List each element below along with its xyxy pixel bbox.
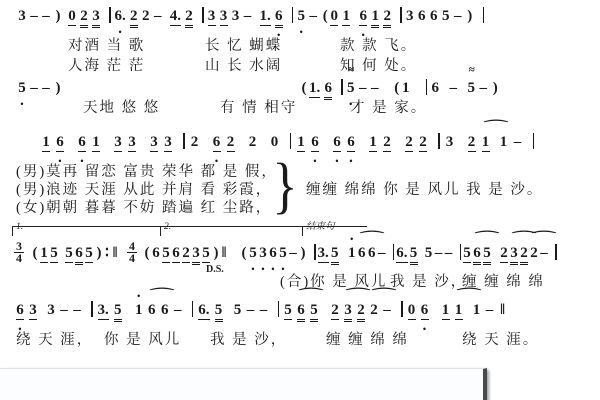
- note: 6•: [421, 301, 429, 320]
- barline: [292, 7, 294, 23]
- note: 2: [357, 301, 365, 322]
- note: 3: [150, 133, 158, 152]
- lyric-segment: 你 是 风儿: [104, 328, 181, 349]
- note: 6⌒: [148, 301, 156, 319]
- lyric-segment: 我 是 沙，: [210, 328, 287, 349]
- note: 1: [473, 301, 481, 319]
- note: 2: [185, 7, 193, 28]
- note: 6.•: [115, 7, 126, 25]
- note: 3.: [318, 244, 329, 263]
- note: –: [514, 133, 522, 151]
- note: 2⌒: [370, 301, 378, 319]
- note: 2: [520, 244, 528, 265]
- note: 3: [114, 133, 122, 152]
- note: 2: [468, 133, 476, 152]
- note: 5: [310, 301, 318, 322]
- note: 1: [342, 7, 350, 26]
- note: –: [154, 7, 162, 25]
- note: –: [359, 79, 367, 97]
- slur-arc: ⌒: [372, 290, 396, 299]
- note: 1.: [260, 7, 271, 26]
- lyric-segment: (合)你 是 风儿: [280, 270, 387, 291]
- high-octave-dot: •: [137, 293, 140, 299]
- note: 6•: [359, 7, 367, 26]
- time-signature: 44: [127, 241, 137, 264]
- note: –: [435, 244, 443, 262]
- lyric-segment: 山 长 水阔: [205, 54, 282, 75]
- barline: [183, 133, 185, 149]
- slur-arc: ⌒: [299, 290, 323, 299]
- note: (: [321, 7, 329, 25]
- note: 3: [208, 7, 216, 26]
- lyric-segment: 缠 缠 绵 绵: [462, 270, 545, 291]
- note: 6•: [16, 301, 24, 320]
- barline: [341, 79, 343, 95]
- note: 4.: [170, 7, 181, 26]
- note: 6⌒: [473, 244, 481, 265]
- slur-arc: ⌒: [420, 0, 444, 5]
- volta-label: 1.: [16, 223, 23, 232]
- barline: [460, 244, 462, 260]
- notation-line: 5•––): [18, 79, 66, 97]
- note: 2: [405, 133, 413, 152]
- note: 1: [297, 133, 305, 152]
- time-signature: 34: [14, 241, 24, 264]
- note: 3: [406, 7, 414, 25]
- lyric-line: (男)莫再 留恋 富贵 荣华 都 是 假，: [0, 160, 600, 180]
- note: 5: [463, 244, 471, 263]
- lyric-segment: 缠 缠 绵 绵: [326, 328, 409, 349]
- note: 5: [483, 244, 491, 265]
- note: ): [95, 244, 103, 262]
- lyric-segment: 对酒 当 歌: [68, 34, 145, 55]
- note: 6•: [275, 7, 283, 28]
- lyric-segment: (女)朝朝 暮暮 不妨 踏遍 红 尘路，: [16, 196, 272, 217]
- note: (: [240, 244, 248, 262]
- note: 6•: [333, 133, 341, 152]
- note: (: [143, 244, 151, 262]
- note: –: [486, 301, 494, 319]
- note: –: [247, 301, 255, 319]
- note: ): [212, 244, 220, 262]
- note: 1•: [348, 244, 356, 262]
- note: 2: [249, 133, 257, 151]
- verse-brace: }: [272, 156, 297, 216]
- note: 5: [65, 244, 73, 263]
- note: 1: [42, 133, 50, 152]
- note: 3⌒: [510, 244, 518, 265]
- note: ‖D.S.: [220, 244, 228, 262]
- lyric-line: (女)朝朝 暮暮 不妨 踏遍 红 尘路，: [0, 196, 600, 216]
- slur-arc: ⌒: [484, 122, 508, 131]
- note: –: [60, 301, 68, 319]
- note: 1: [500, 133, 508, 151]
- note: 6•: [347, 133, 355, 152]
- note: –: [73, 301, 81, 319]
- note: 2: [142, 7, 150, 25]
- note: 2: [227, 133, 235, 152]
- volta-label: 2.: [164, 223, 171, 232]
- note: 0: [271, 133, 279, 151]
- note: 1: [92, 133, 100, 152]
- note: 5: [331, 244, 339, 265]
- lyric-segment: 长 忆 蝴蝶: [205, 34, 282, 55]
- barline: [555, 244, 557, 260]
- lyric-segment: 人海 茫 茫: [68, 54, 145, 75]
- lyric-segment: 我 是 沙，: [390, 270, 467, 291]
- note: (: [31, 244, 39, 262]
- note: 5: [234, 301, 242, 319]
- note: 2⌒: [530, 244, 538, 262]
- barline: [192, 301, 194, 317]
- lyric-segment: 才 是 家。: [350, 96, 427, 117]
- volta-label: 结束句: [306, 223, 335, 232]
- note: –: [30, 7, 38, 25]
- note: 6: [152, 244, 160, 262]
- note: 1⌒: [482, 133, 490, 152]
- note: (: [300, 79, 308, 97]
- barline: [202, 7, 204, 23]
- note: 5: [410, 244, 418, 265]
- time-sig-denominator: 4: [14, 252, 24, 264]
- lyric-segment: 绕 天 涯，: [16, 328, 93, 349]
- note: 1: [40, 244, 48, 263]
- notation-line: 3––)0236.•2⌒2–4.233⌒3–1.6•5•≈–(016•1236⌒…: [18, 7, 488, 28]
- slur-arc: ⌒: [457, 290, 481, 299]
- note: –: [449, 79, 457, 97]
- note: 3: [47, 301, 55, 319]
- lyric-line: (男)浪迹 天涯 从此 并肩 看 彩霞，缠缠 绵绵 你 是 风儿 我 是 沙。: [0, 178, 600, 198]
- barline: [290, 133, 292, 149]
- note: –: [174, 301, 182, 319]
- note: 3⌒: [344, 301, 352, 322]
- note: –: [244, 7, 252, 25]
- note: 2: [500, 244, 508, 263]
- note: 2: [191, 133, 199, 151]
- note: 6.: [396, 244, 407, 263]
- barline: [533, 133, 535, 149]
- note: 2: [331, 301, 339, 320]
- note: 3: [164, 133, 172, 152]
- lyric-line: 绕 天 涯，你 是 风儿我 是 沙，缠 缠 绵 绵绕 天 涯。: [0, 328, 600, 348]
- note: 0: [408, 301, 416, 320]
- bottom-panel: [0, 368, 487, 400]
- note: 5: [50, 244, 58, 263]
- barline: [393, 244, 395, 260]
- lyric-line: (合)你 是 风儿我 是 沙，缠 缠 绵 绵: [0, 270, 600, 290]
- note: 2: [182, 244, 190, 263]
- note: ‖: [111, 244, 119, 262]
- slur-arc: ⌒: [532, 233, 556, 242]
- note: –: [378, 244, 386, 262]
- note: 2: [419, 133, 427, 152]
- note: 1⌒: [455, 301, 463, 320]
- barline: [401, 301, 403, 317]
- barline: [400, 7, 402, 23]
- lyric-segment: 绕 天 涯。: [462, 328, 539, 349]
- note: 1: [442, 301, 450, 320]
- note: 1•: [135, 301, 143, 319]
- sheet-music-page: 3––)0236.•2⌒2–4.233⌒3–1.6•5•≈–(016•1236⌒…: [0, 0, 600, 400]
- note: 6.: [198, 301, 209, 320]
- barline: [91, 301, 93, 317]
- note: 5: [114, 301, 122, 322]
- note: 3•: [259, 244, 267, 262]
- note: 2: [80, 7, 88, 28]
- note: ): [54, 79, 62, 97]
- note: 6•: [78, 133, 86, 152]
- note: ): [54, 7, 62, 25]
- note: –: [383, 301, 391, 319]
- note: 3: [446, 133, 454, 151]
- barline: [109, 7, 111, 23]
- note: ): [299, 244, 307, 262]
- lyric-segment: 知 何 处。: [340, 54, 417, 75]
- slur-arc: ⌒: [132, 0, 156, 5]
- note: 3: [18, 7, 26, 25]
- note: 6•: [56, 133, 64, 152]
- note: 2: [383, 133, 391, 152]
- note: ∶: [103, 244, 111, 262]
- note: –: [371, 79, 379, 97]
- note: –: [260, 301, 268, 319]
- note: 6: [75, 244, 83, 265]
- lyric-line: 天地 悠 悠有 情 相守才 是 家。: [0, 96, 600, 116]
- note: 2⌒: [130, 7, 138, 28]
- note: 6•: [311, 133, 319, 152]
- mordent-mark: ≈: [299, 0, 304, 2]
- note: 3: [29, 301, 37, 320]
- note: 0: [68, 7, 76, 26]
- slur-arc: ⌒: [475, 233, 499, 242]
- lyric-segment: 款 款 飞。: [340, 34, 417, 55]
- note: 5: [215, 301, 223, 322]
- note: 3: [128, 133, 136, 152]
- note: 1: [402, 79, 410, 97]
- high-octave-dot: •: [350, 236, 353, 242]
- note: 5•: [279, 244, 287, 262]
- note: 2: [383, 7, 391, 28]
- note: 6⌒: [418, 7, 426, 25]
- note: 6⌒: [297, 301, 305, 322]
- volta-bracket: 1.: [12, 226, 160, 236]
- note: 6•: [269, 244, 277, 262]
- time-sig-denominator: 4: [127, 252, 137, 264]
- slur-arc: ⌒: [150, 290, 174, 299]
- note: –: [445, 244, 453, 262]
- note: 1: [371, 7, 379, 28]
- barline: [314, 244, 316, 260]
- note: 1: [369, 133, 377, 152]
- note: –: [479, 79, 487, 97]
- slur-arc: ⌒: [222, 0, 246, 5]
- note: 5: [85, 244, 93, 263]
- note: 6: [431, 79, 439, 97]
- note: 6: [161, 301, 169, 319]
- note: –: [540, 244, 548, 262]
- note: –: [309, 7, 317, 25]
- notation-line: 34(15565)∶‖44(656235)‖D.S.(5•3•6•5•–)3.5…: [14, 241, 559, 265]
- notation-line: 16•6•1333326•22016•6•6•1222321⌒1–: [42, 133, 540, 152]
- barline: [426, 79, 428, 95]
- note: 3: [192, 244, 200, 265]
- barline: [438, 133, 440, 149]
- lyric-segment: 天地 悠 悠: [83, 96, 160, 117]
- notation-line: 6•33––3.51•6⌒6–6.55––56⌒523⌒22⌒–06•11⌒1–…: [16, 301, 512, 322]
- note: ): [466, 7, 474, 25]
- note: 5•≈: [347, 79, 355, 97]
- note: 5: [284, 301, 292, 320]
- note: 5•≈: [297, 7, 305, 25]
- note: 5: [442, 7, 450, 25]
- note: 5•: [18, 79, 26, 97]
- note: ‖: [499, 301, 507, 319]
- lyric-segment: 有 情 相守: [220, 96, 297, 117]
- note: ): [491, 79, 499, 97]
- note: –: [42, 7, 50, 25]
- note: –: [454, 7, 462, 25]
- note: 3: [232, 7, 240, 25]
- note: 6: [368, 244, 376, 262]
- note: 5•: [249, 244, 257, 262]
- note: 6: [430, 7, 438, 25]
- note: 5≈: [467, 79, 475, 97]
- barline: [278, 301, 280, 317]
- note: 3: [92, 7, 100, 28]
- note: 3⌒: [220, 7, 228, 26]
- note: 5: [162, 244, 170, 263]
- note: 6•: [213, 133, 221, 152]
- note: 6⌒: [358, 244, 366, 262]
- volta-bracket: 2.: [160, 226, 302, 236]
- note: 5: [425, 244, 433, 262]
- note: –: [289, 244, 297, 262]
- note: 6: [172, 244, 180, 263]
- slur-arc: ⌒: [346, 290, 370, 299]
- barline: [483, 7, 485, 23]
- note: 0: [330, 7, 338, 26]
- note: –: [42, 79, 50, 97]
- volta-bracket: 结束句: [302, 226, 367, 236]
- lyric-line: 人海 茫 茫山 长 水阔知 何 处。: [0, 54, 600, 74]
- note: 3.: [98, 301, 109, 320]
- lyric-line: 对酒 当 歌长 忆 蝴蝶款 款 飞。: [0, 34, 600, 54]
- note: –: [30, 79, 38, 97]
- note: (: [393, 79, 401, 97]
